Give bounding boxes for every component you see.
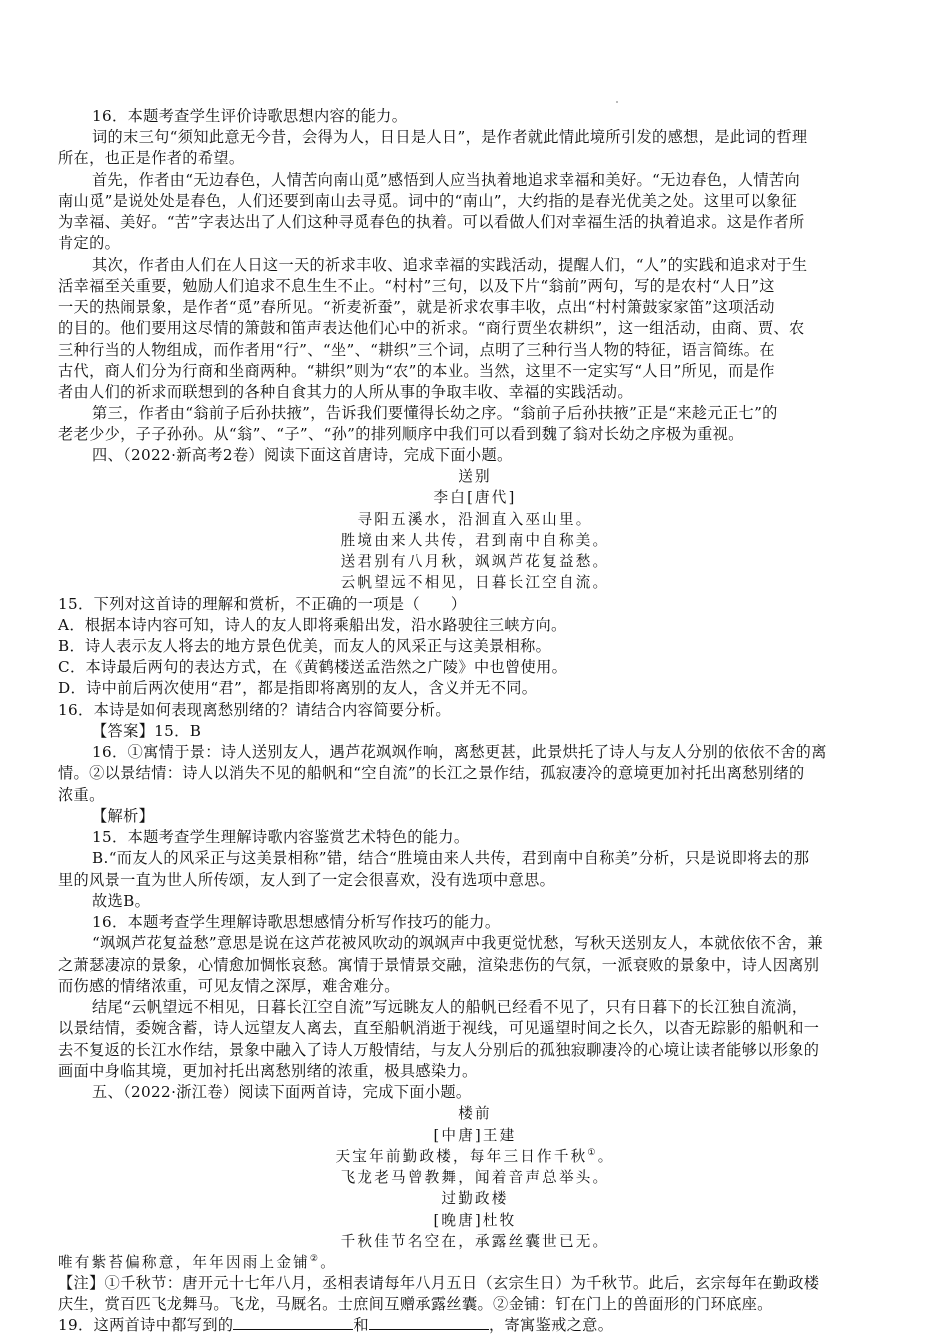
analysis-line: 里的风景一直为世人所传颂，友人到了一定会很喜欢，没有选项中意思。 xyxy=(58,870,880,891)
poem-line: 云帆望远不相见，日暮长江空自流。 xyxy=(0,572,950,593)
analysis-label: 【解析】 xyxy=(92,806,880,827)
analysis-line: 去不复返的长江水作结，景象中融入了诗人万般情结，与友人分别后的孤独寂聊凄冷的心境… xyxy=(58,1040,880,1061)
analysis-line: 之萧瑟凄凉的景象，心情愈加惆怅哀愁。寓情于景情景交融，渲染悲伤的气氛，一派衰败的… xyxy=(58,955,880,976)
question-19-suffix: ，寄寓鉴戒之意。 xyxy=(489,1316,613,1334)
analysis-line: 南山觅”是说处处是春色，人们还要到南山去寻觅。词中的“南山”，大约指的是春光优美… xyxy=(58,191,880,212)
option-d: D．诗中前后两次使用“君”，都是指即将离别的友人，含义并无不同。 xyxy=(58,678,880,699)
poem-line-punct: 。 xyxy=(598,1148,615,1165)
analysis-line: 为幸福、美好。“苦”字表达出了人们这种寻觅春色的执着。可以看做人们对幸福生活的执… xyxy=(58,212,880,233)
poem-line-punct: 。 xyxy=(320,1254,337,1271)
poem-line: 千秋佳节名空在，承露丝囊世已无。 xyxy=(0,1231,950,1252)
poem-line: 飞龙老马曾教舞，闻着音声总举头。 xyxy=(0,1167,950,1188)
option-b: B．诗人表示友人将去的地方景色优美，而友人的风采正与这美景相称。 xyxy=(58,636,880,657)
footnote-marker: ① xyxy=(587,1148,597,1158)
analysis-line: 者由人们的祈求而联想到的各种自食其力的人所从事的争取丰收、幸福的实践活动。 xyxy=(58,382,880,403)
analysis-line: 肯定的。 xyxy=(58,233,880,254)
analysis-line: “飒飒芦花复益愁”意思是说在这芦花被风吹动的飒飒声中我更觉忧愁，写秋天送别友人，… xyxy=(92,933,880,954)
poem-line-text: 唯有紫苔偏称意，年年因雨上金铺 xyxy=(58,1254,310,1271)
analysis-line: 16．本题考查学生评价诗歌思想内容的能力。 xyxy=(92,106,880,127)
poem-line: 天宝年前勤政楼，每年三日作千秋①。 xyxy=(0,1146,950,1167)
analysis-line: 的目的。他们要用这尽情的箫鼓和笛声表达他们心中的祈求。“商行贾坐农耕织”，这一组… xyxy=(58,318,880,339)
poem-line: 胜境由来人共传，君到南中自称美。 xyxy=(0,530,950,551)
document-page: 16．本题考查学生评价诗歌思想内容的能力。 词的末三句“须知此意无今昔，会得为人… xyxy=(0,0,950,1344)
analysis-line: 画面中身临其境，更加衬托出离愁别绪的浓重，极具感染力。 xyxy=(58,1061,880,1082)
poem-author: 李白[唐代] xyxy=(0,487,950,508)
analysis-line: 一天的热闹景象，是作者“觅”春所见。“祈麦祈蚕”，就是祈求农事丰收，点出“村村箫… xyxy=(58,297,880,318)
analysis-line: 以景结情，委婉含蓄，诗人远望友人离去，直至船帆消逝于视线，可见遥望时间之长久，以… xyxy=(58,1018,880,1039)
question-19-middle: 和 xyxy=(353,1316,369,1334)
poem-title: 送别 xyxy=(0,466,950,487)
option-a: A．根据本诗内容可知，诗人的友人即将乘船出发，沿水路驶往三峡方向。 xyxy=(58,615,880,636)
analysis-line: 古代，商人们分为行商和坐商两种。“耕织”则为“农”的本业。当然，这里不一定实写“… xyxy=(58,361,880,382)
option-c: C．本诗最后两句的表达方式，在《黄鹤楼送孟浩然之广陵》中也曾使用。 xyxy=(58,657,880,678)
answer-blank-1[interactable] xyxy=(233,1315,353,1330)
section-heading: 四、（2022·新高考2卷）阅读下面这首唐诗，完成下面小题。 xyxy=(92,445,880,466)
poem-line-text: 天宝年前勤政楼，每年三日作千秋 xyxy=(336,1148,588,1165)
analysis-line: B.“而友人的风采正与这美景相称”错，结合“胜境由来人共传，君到南中自称美”分析… xyxy=(92,848,880,869)
poem-line: 寻阳五溪水，沿洄直入巫山里。 xyxy=(0,509,950,530)
footnote-marker: ② xyxy=(310,1254,320,1264)
footnote-line: 【注】①千秋节：唐开元十七年八月，丞相表请每年八月五日（玄宗生日）为千秋节。此后… xyxy=(58,1273,880,1294)
analysis-line: 第三，作者由“翁前子后孙扶掖”，告诉我们要懂得长幼之序。“翁前子后孙扶掖”正是“… xyxy=(92,403,880,424)
analysis-line: 故选B。 xyxy=(92,891,880,912)
poem-author: [晚唐]杜牧 xyxy=(0,1210,950,1231)
answer-line: 情。②以景结情：诗人以消失不见的船帆和“空自流”的长江之景作结，孤寂凄冷的意境更… xyxy=(58,763,880,784)
poem-line: 唯有紫苔偏称意，年年因雨上金铺②。 xyxy=(58,1252,880,1273)
analysis-line: 结尾“云帆望远不相见，日暮长江空自流”写远眺友人的船帆已经看不见了，只有日暮下的… xyxy=(92,997,880,1018)
question-19-prefix: 19．这两首诗中都写到的 xyxy=(58,1316,233,1334)
analysis-line: 其次，作者由人们在人日这一天的祈求丰收、追求幸福的实践活动，提醒人们，“人”的实… xyxy=(92,255,880,276)
answer-line: 浓重。 xyxy=(58,785,880,806)
footnote-line: 庆生，赏百匹飞龙舞马。飞龙，马厩名。士庶间互赠承露丝囊。②金铺：钉在门上的兽面形… xyxy=(58,1294,880,1315)
analysis-line: 而伤感的情绪浓重，可见友情之深厚，难舍难分。 xyxy=(58,976,880,997)
section-heading: 五、（2022·浙江卷）阅读下面两首诗，完成下面小题。 xyxy=(92,1082,880,1103)
answer-blank-2[interactable] xyxy=(369,1315,489,1330)
analysis-line: 15．本题考查学生理解诗歌内容鉴赏艺术特色的能力。 xyxy=(92,827,880,848)
question-15-stem: 15．下列对这首诗的理解和赏析，不正确的一项是（ ） xyxy=(58,594,880,615)
analysis-line: 16．本题考查学生理解诗歌思想感情分析写作技巧的能力。 xyxy=(92,912,880,933)
poem-title: 楼前 xyxy=(0,1103,950,1124)
answer-label: 【答案】15．B xyxy=(92,721,880,742)
question-19: 19．这两首诗中都写到的和，寄寓鉴戒之意。 xyxy=(58,1315,880,1336)
analysis-line: 老老少少，子子孙孙。从“翁”、“子”、“孙”的排列顺序中我们可以看到魏了翁对长幼… xyxy=(58,424,880,445)
poem-line: 送君别有八月秋，飒飒芦花复益愁。 xyxy=(0,551,950,572)
analysis-line: 首先，作者由“无边春色，人情苦向南山觅”感悟到人应当执着地追求幸福和美好。“无边… xyxy=(92,170,880,191)
poem-title: 过勤政楼 xyxy=(0,1188,950,1209)
question-16-stem: 16．本诗是如何表现离愁别绪的？请结合内容简要分析。 xyxy=(58,700,880,721)
analysis-line: 所在，也正是作者的希望。 xyxy=(58,148,880,169)
analysis-line: 活幸福至关重要，勉励人们追求不息生生不止。“村村”三句，以及下片“翁前”两句，写… xyxy=(58,276,880,297)
scan-speck xyxy=(616,101,618,103)
analysis-line: 三种行当的人物组成，而作者用“行”、“坐”、“耕织”三个词，点明了三种行当人物的… xyxy=(58,340,880,361)
analysis-line: 词的末三句“须知此意无今昔，会得为人，日日是人日”，是作者就此情此境所引发的感想… xyxy=(92,127,880,148)
poem-author: [中唐]王建 xyxy=(0,1125,950,1146)
answer-line: 16．①寓情于景：诗人送别友人，遇芦花飒飒作响，离愁更甚，此景烘托了诗人与友人分… xyxy=(92,742,880,763)
